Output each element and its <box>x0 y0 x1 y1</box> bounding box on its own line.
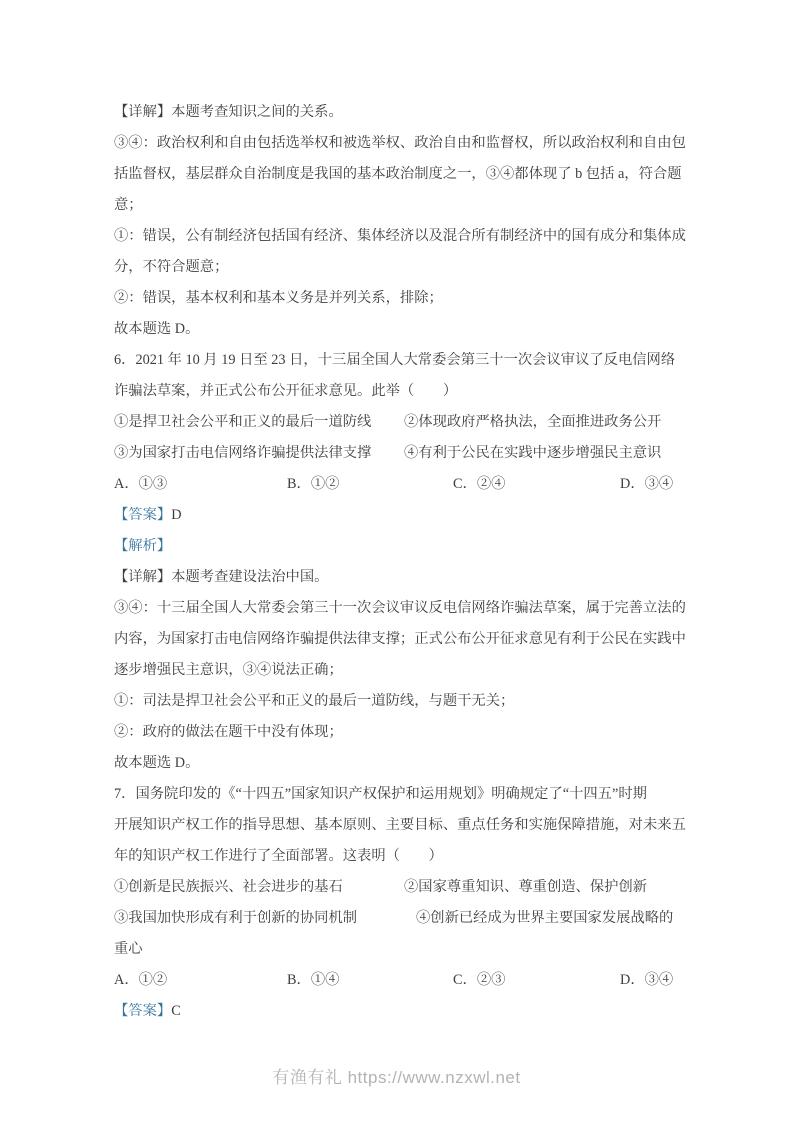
q7-statements-row: ③我国加快形成有利于创新的协同机制 ④创新已经成为世界主要国家发展战略的 <box>114 903 704 934</box>
option-c: C．②④ <box>453 469 620 500</box>
option-a: A．①③ <box>114 469 287 500</box>
explanation-line: 分，不符合题意； <box>114 252 704 283</box>
q7-stem-line: 7．国务院印发的《“十四五”国家知识产权保护和运用规划》明确规定了“十四五”时期 <box>114 779 704 810</box>
q6-stem-line: 诈骗法草案，并正式公布公开征求意见。此举（ ） <box>114 376 704 407</box>
answer-value: D <box>171 507 181 523</box>
watermark-text: 有渔有礼 https://www.nzxwl.net <box>272 1068 520 1087</box>
q6-statements-row: ①是捍卫社会公平和正义的最后一道防线 ②体现政府严格执法，全面推进政务公开 <box>114 407 704 438</box>
explanation-line: 【详解】本题考查知识之间的关系。 <box>114 97 704 128</box>
q7-statements-row: ①创新是民族振兴、社会进步的基石 ②国家尊重知识、尊重创造、保护创新 <box>114 872 704 903</box>
option-d: D．③④ <box>620 469 673 500</box>
explanation-line: 括监督权，基层群众自治制度是我国的基本政治制度之一，③④都体现了 b 包括 a，… <box>114 159 704 190</box>
q6-answer-line: 【答案】D <box>114 500 704 531</box>
explanation-line: ③④：十三届全国人大常委会第三十一次会议审议反电信网络诈骗法草案，属于完善立法的 <box>114 593 704 624</box>
document-content: 【详解】本题考查知识之间的关系。 ③④：政治权利和自由包括选举权和被选举权、政治… <box>114 97 704 1027</box>
option-b: B．①④ <box>287 965 453 996</box>
q7-stem-line: 年的知识产权工作进行了全面部署。这表明（ ） <box>114 841 704 872</box>
answer-label: 【答案】 <box>114 1003 171 1019</box>
option-b: B．①② <box>287 469 453 500</box>
explanation-line: 逐步增强民主意识，③④说法正确； <box>114 655 704 686</box>
q6-options-row: A．①③ B．①② C．②④ D．③④ <box>114 469 704 500</box>
explanation-line: ②：错误，基本权利和基本义务是并列关系，排除； <box>114 283 704 314</box>
watermark-footer: 有渔有礼 https://www.nzxwl.net <box>0 1063 793 1088</box>
q6-statements-row: ③为国家打击电信网络诈骗提供法律支撑 ④有利于公民在实践中逐步增强民主意识 <box>114 438 704 469</box>
statement-item: ③我国加快形成有利于创新的协同机制 <box>114 903 416 934</box>
statement-item: ①是捍卫社会公平和正义的最后一道防线 <box>114 407 404 438</box>
analysis-label: 【解析】 <box>114 538 171 554</box>
q6-analysis-line: 【解析】 <box>114 531 704 562</box>
answer-value: C <box>171 1003 181 1019</box>
explanation-line: 【详解】本题考查建设法治中国。 <box>114 562 704 593</box>
explanation-line: 故本题选 D。 <box>114 748 704 779</box>
q7-answer-line: 【答案】C <box>114 996 704 1027</box>
q7-block: 7．国务院印发的《“十四五”国家知识产权保护和运用规划》明确规定了“十四五”时期… <box>114 779 704 1027</box>
answer-label: 【答案】 <box>114 507 171 523</box>
explanation-line: ①：司法是捍卫社会公平和正义的最后一道防线，与题干无关； <box>114 686 704 717</box>
statement-item: ④有利于公民在实践中逐步增强民主意识 <box>404 438 661 469</box>
explanation-line: 故本题选 D。 <box>114 314 704 345</box>
option-a: A．①② <box>114 965 287 996</box>
explanation-line: 意； <box>114 190 704 221</box>
q6-block: 6．2021 年 10 月 19 日至 23 日，十三届全国人大常委会第三十一次… <box>114 345 704 779</box>
q7-stem-line: 开展知识产权工作的指导思想、基本原则、主要目标、重点任务和实施保障措施，对未来五 <box>114 810 704 841</box>
statement-item: ③为国家打击电信网络诈骗提供法律支撑 <box>114 438 404 469</box>
q7-options-row: A．①② B．①④ C．②③ D．③④ <box>114 965 704 996</box>
explanation-line: 内容，为国家打击电信网络诈骗提供法律支撑；正式公布公开征求意见有利于公民在实践中 <box>114 624 704 655</box>
exam-document-page: 【详解】本题考查知识之间的关系。 ③④：政治权利和自由包括选举权和被选举权、政治… <box>0 0 793 1122</box>
statement-item: ④创新已经成为世界主要国家发展战略的 <box>416 903 673 934</box>
option-c: C．②③ <box>453 965 620 996</box>
q6-stem-line: 6．2021 年 10 月 19 日至 23 日，十三届全国人大常委会第三十一次… <box>114 345 704 376</box>
statement-item: ②体现政府严格执法，全面推进政务公开 <box>404 407 661 438</box>
option-d: D．③④ <box>620 965 673 996</box>
explanation-line: ②：政府的做法在题干中没有体现； <box>114 717 704 748</box>
statement-item: ②国家尊重知识、尊重创造、保护创新 <box>404 872 647 903</box>
statement-item: ①创新是民族振兴、社会进步的基石 <box>114 872 404 903</box>
q5-explanation-block: 【详解】本题考查知识之间的关系。 ③④：政治权利和自由包括选举权和被选举权、政治… <box>114 97 704 345</box>
explanation-line: ③④：政治权利和自由包括选举权和被选举权、政治自由和监督权，所以政治权利和自由包 <box>114 128 704 159</box>
statement-overflow-line: 重心 <box>114 934 704 965</box>
explanation-line: ①：错误，公有制经济包括国有经济、集体经济以及混合所有制经济中的国有成分和集体成 <box>114 221 704 252</box>
